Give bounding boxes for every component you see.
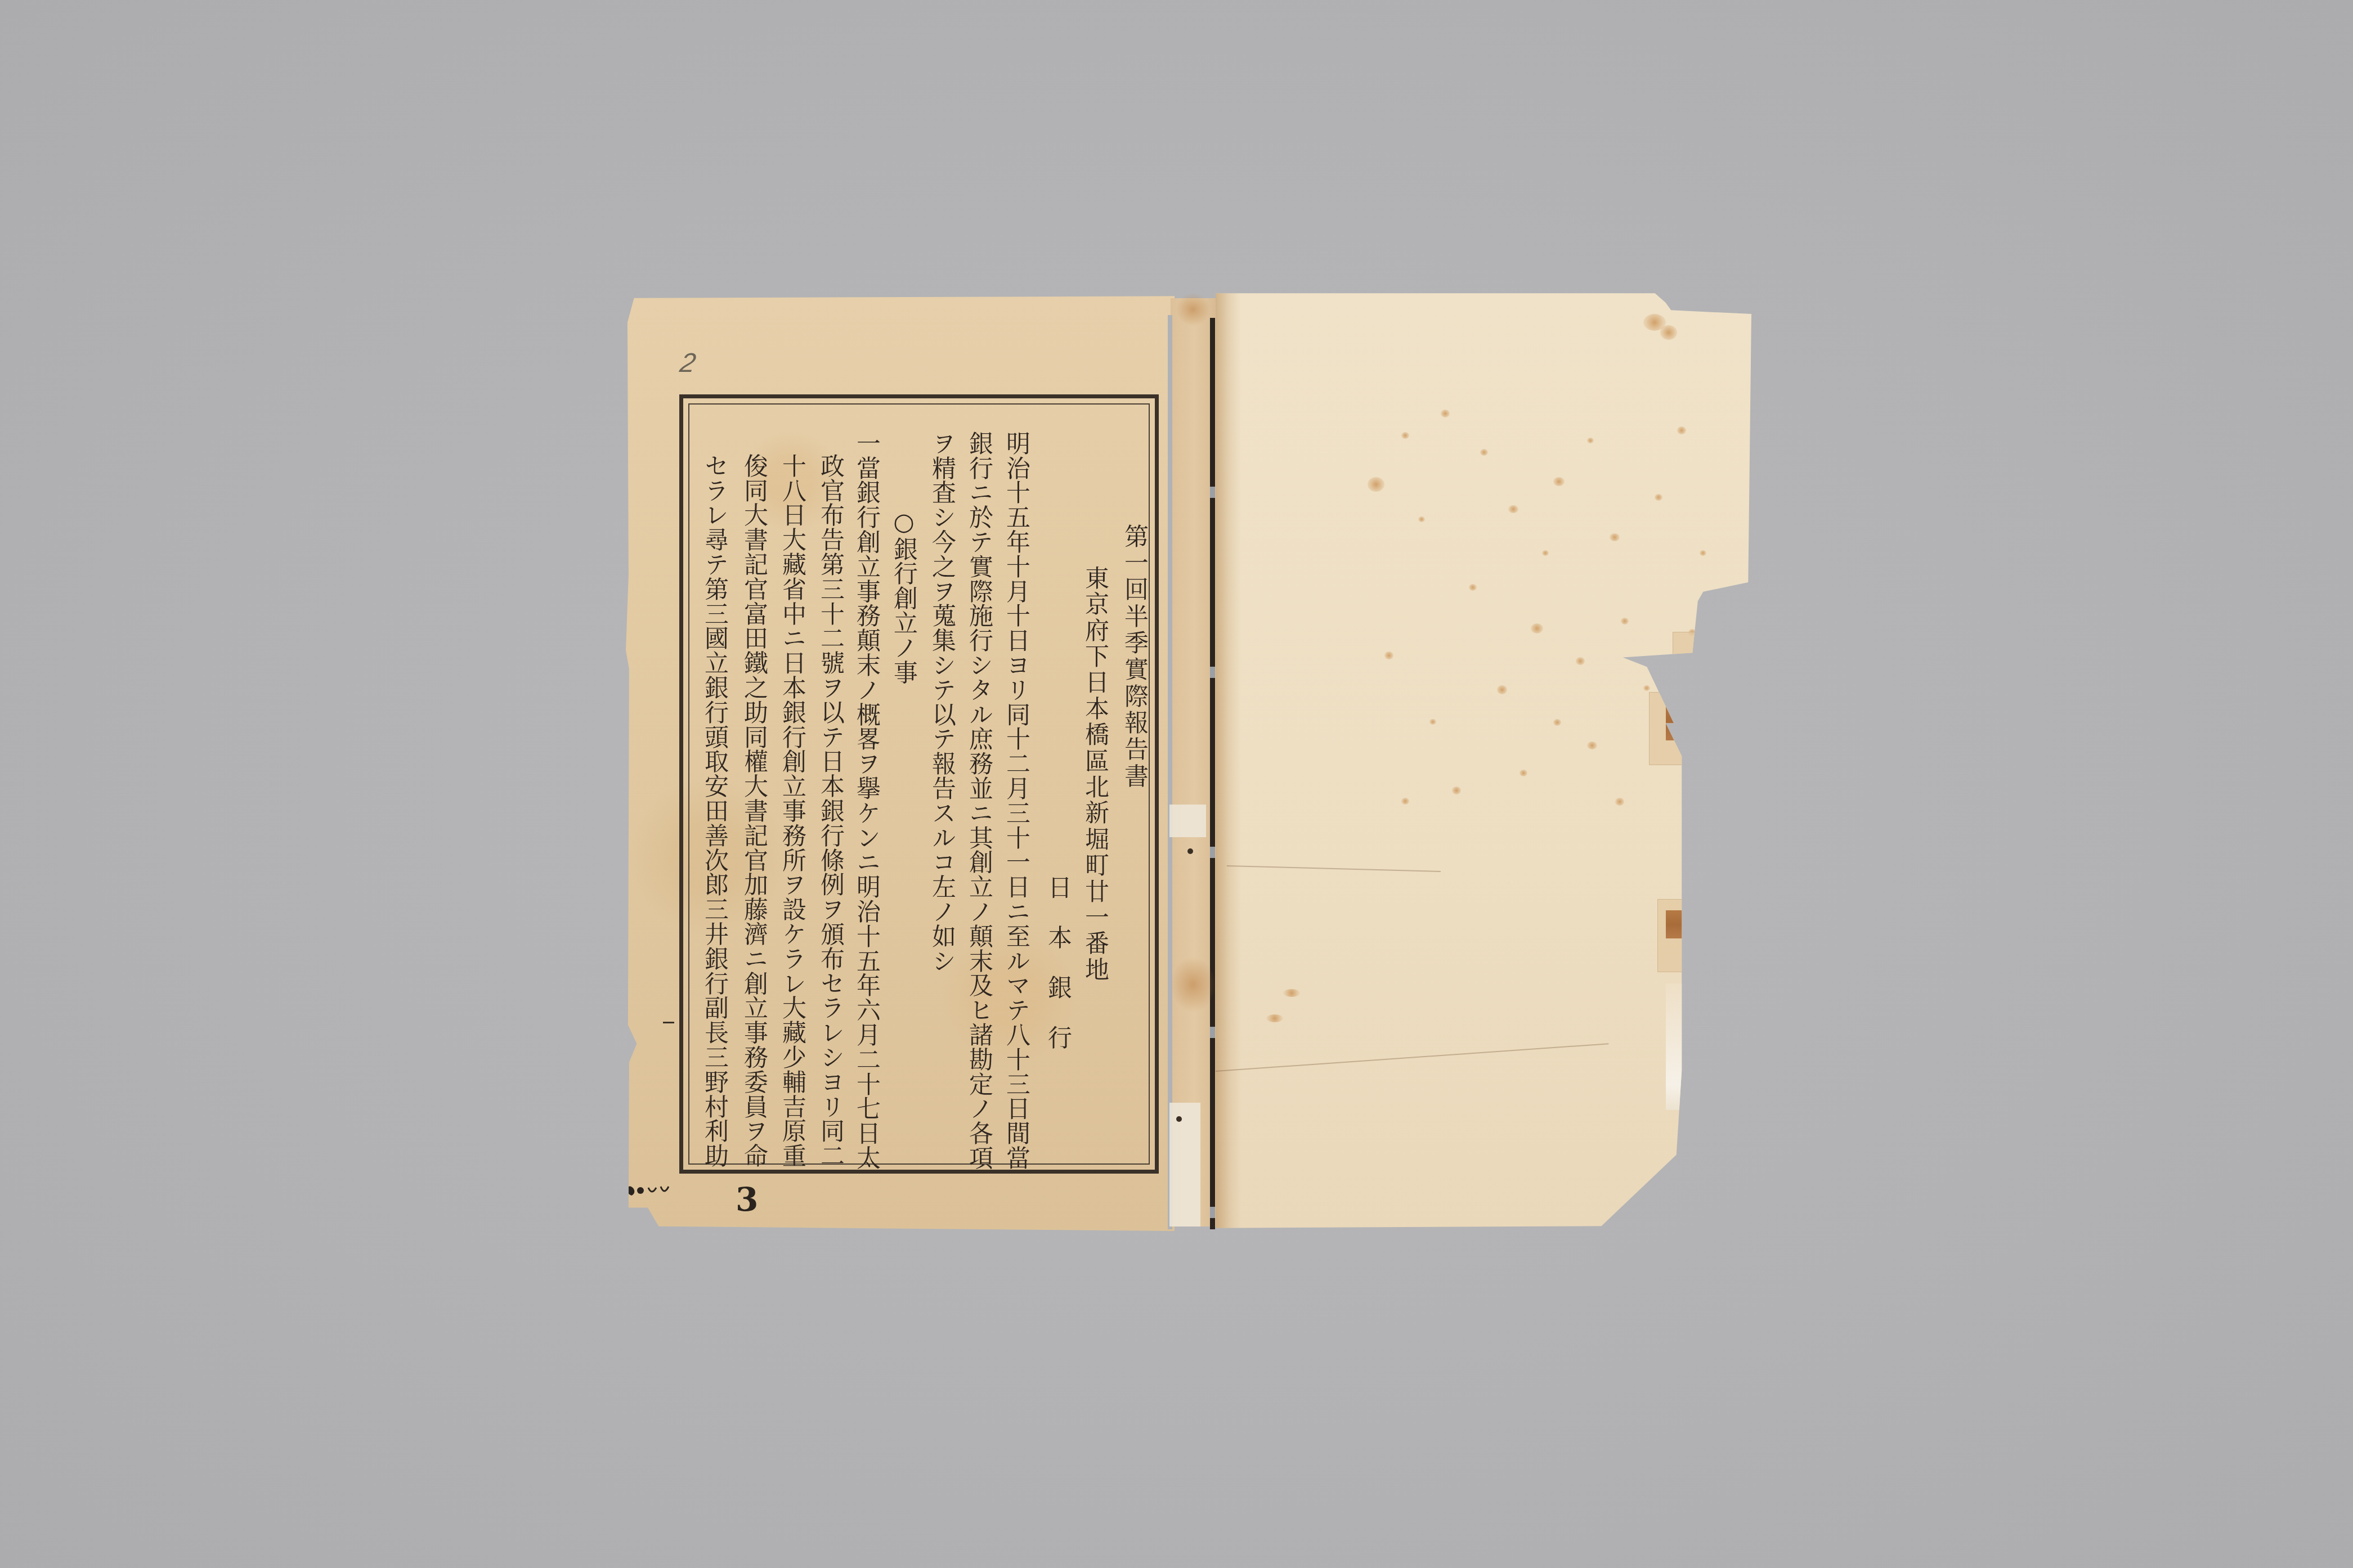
ink-blot-marks [626,1183,676,1200]
margin-dash-mark [663,1022,674,1023]
address-line: 東京府下日本橋區北新堀町廿一番地 [1083,565,1107,983]
document-title: 第一回半季實際報告書 [1122,524,1146,790]
binding-hole [1187,848,1193,854]
spine-repair-patch [1169,805,1206,837]
spine-repair-patch [1169,1103,1200,1226]
issuer-name: 日本銀行 [1046,875,1070,1075]
page-number: 3 [736,1180,758,1219]
section-column-4: 俊同大書記官富田鐵之助同權大書記官加藤濟ニ創立事務委員ヲ命 [742,453,766,1168]
binding-hole [1176,1116,1182,1122]
section-column-5: セラレ尋テ第三國立銀行頭取安田善次郎三井銀行副長三野村利助 [702,453,727,1168]
section-heading: ○銀行創立ノ事 [891,508,916,685]
spine-gap [1168,315,1172,1229]
section-column-3: 十八日大藏省中ニ日本銀行創立事務所ヲ設ケラレ大藏少輔吉原重 [780,453,804,1168]
spine-stain [1171,956,1216,1013]
section-column-2: 政官布告第三十二號ヲ以テ日本銀行條例ヲ頒布セラレシヨリ同二 [818,453,842,1168]
body-column-2: 銀行ニ於テ實際施行シタル庶務並ニ其創立ノ顛末及ヒ諸勘定ノ各項 [967,431,991,1170]
spine-border-line [1210,318,1215,1229]
handwritten-page-mark: 2 [678,348,698,379]
left-page: 2 第一回半季實際報告書 東京府下日本橋區北新堀町廿一番地 日本銀行 明治十五年… [626,294,1175,1231]
section-column-1: 一當銀行創立事務顛末ノ概畧ヲ擧ケンニ明治十五年六月二十七日太 [854,431,879,1170]
body-column-1: 明治十五年十月十日ヨリ同十二月三十一日ニ至ルマテ八十三日間當 [1004,431,1028,1170]
body-column-3: ヲ精査シ今之ヲ蒐集シテ以テ報告スルコ左ノ如シ [930,431,954,973]
spine-stain [1176,293,1210,326]
right-page [1216,291,1751,1230]
